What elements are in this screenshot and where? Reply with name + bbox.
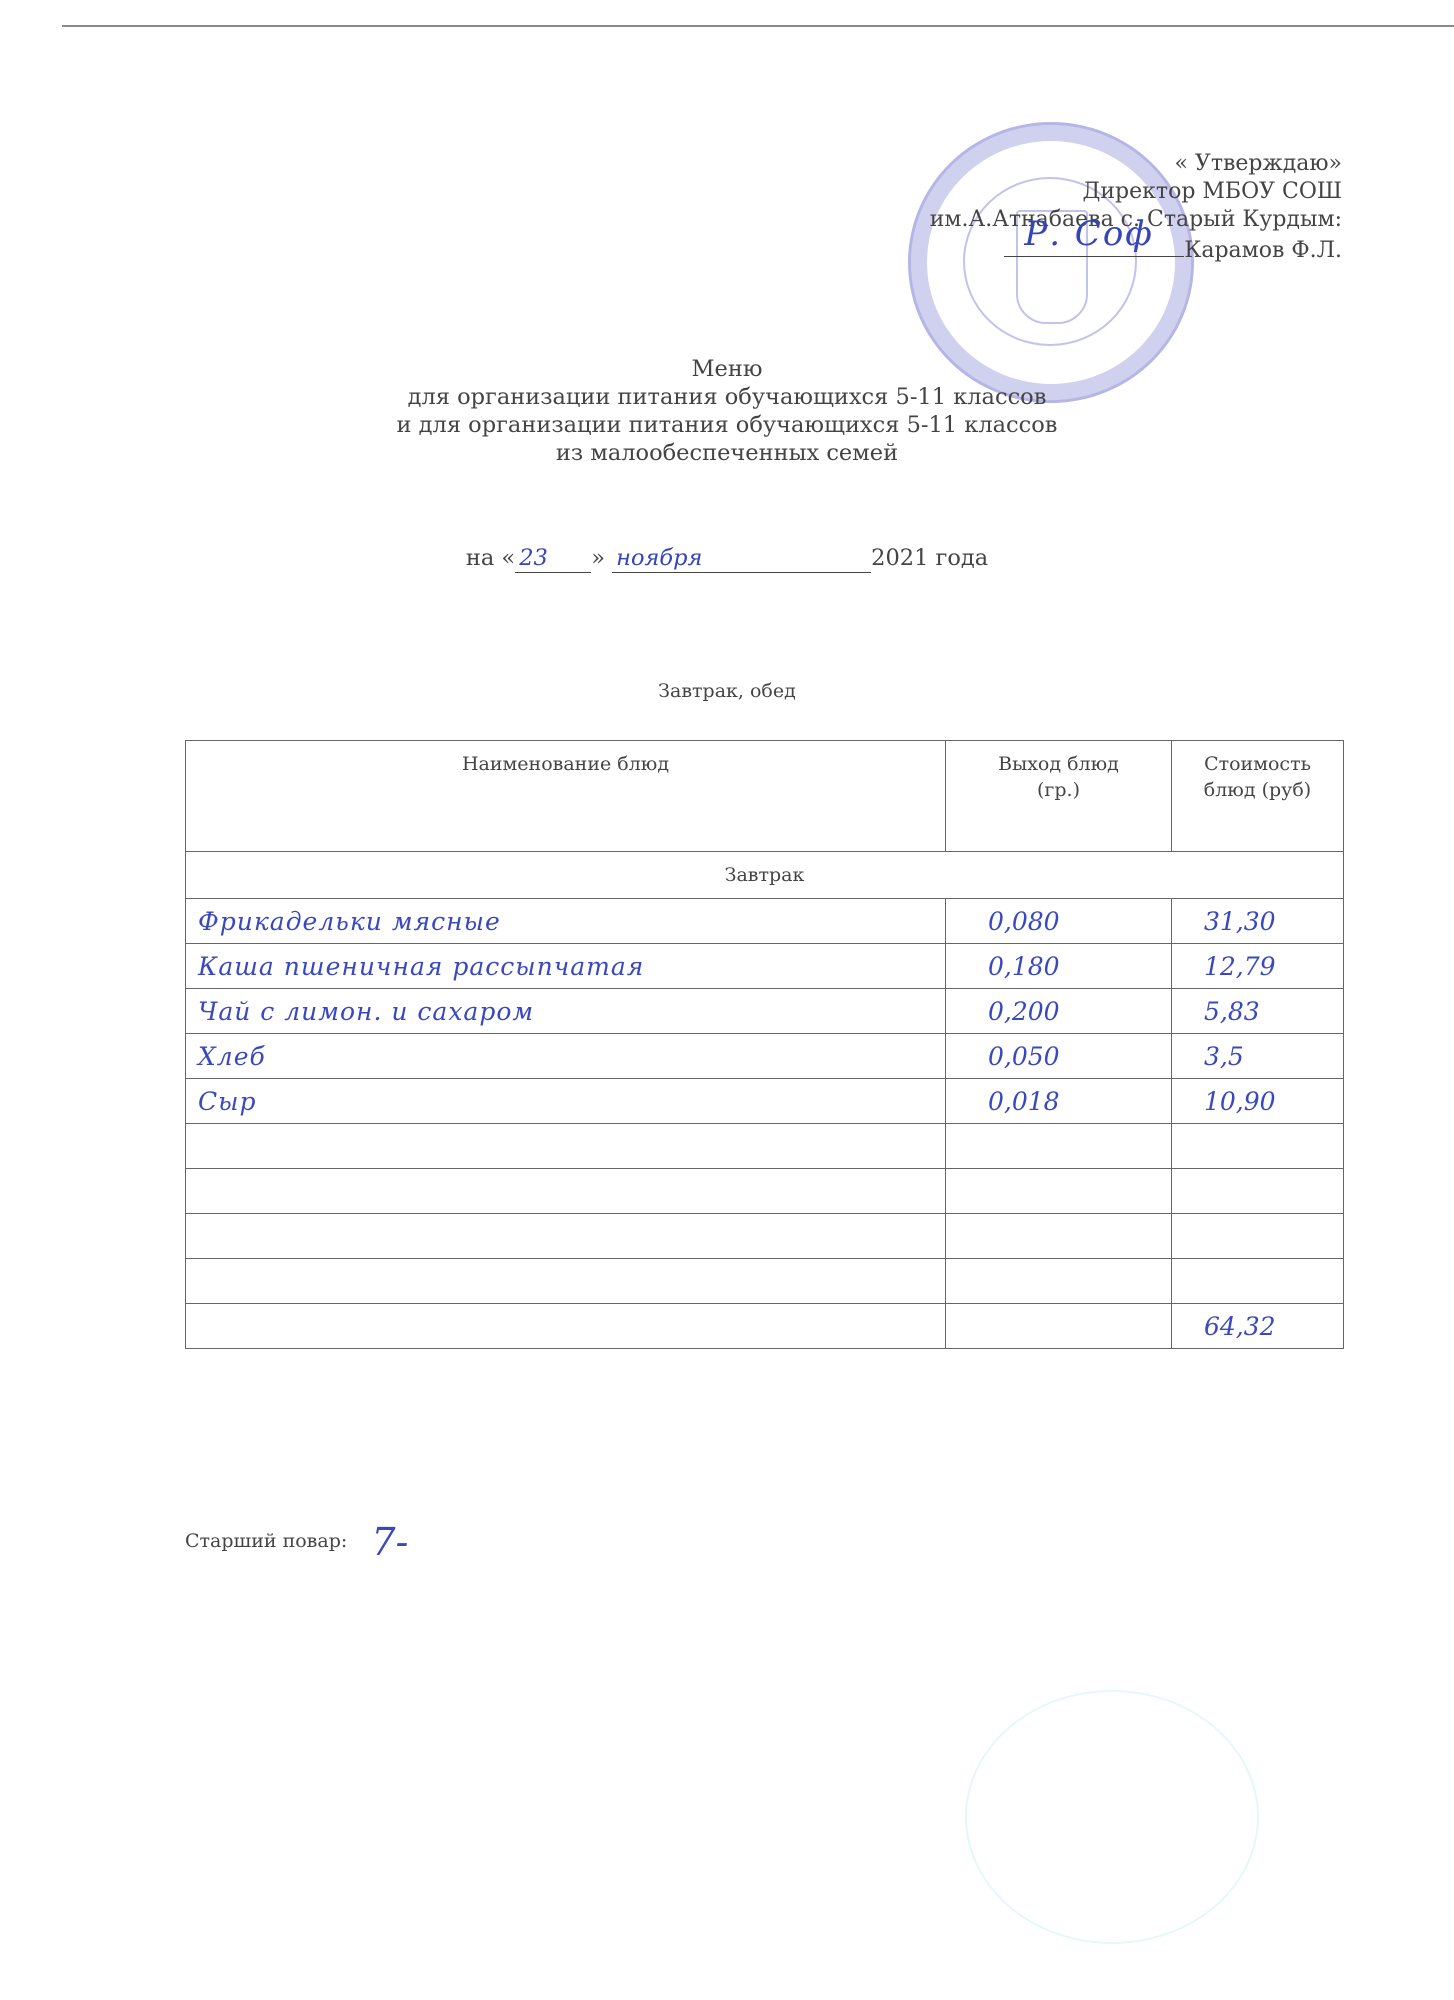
header-cost-text: Стоимость блюд (руб) [1203, 751, 1313, 803]
handwritten-yield: 0,200 [946, 997, 1060, 1026]
handwritten-name: Хлеб [186, 1042, 266, 1071]
cost-cell [1172, 1124, 1344, 1169]
dish-name-cell [186, 1214, 946, 1259]
handwritten-name [186, 1267, 198, 1296]
dish-name-cell: Чай с лимон. и сахаром [186, 989, 946, 1034]
title-line-2: для организации питания обучающихся 5-11… [0, 383, 1454, 411]
yield-cell [946, 1124, 1172, 1169]
approval-block: « Утверждаю» Директор МБОУ СОШ им.А.Атна… [930, 150, 1342, 265]
header-dish-name: Наименование блюд [186, 741, 946, 852]
cost-cell [1172, 1214, 1344, 1259]
handwritten-yield [946, 1132, 988, 1161]
handwritten-name: Фрикадельки мясные [186, 907, 501, 936]
cost-cell [1172, 1169, 1344, 1214]
handwritten-name [186, 1177, 198, 1206]
table-row: Фрикадельки мясные0,08031,30 [186, 899, 1344, 944]
menu-date: на «23» ноября2021 года [0, 545, 1454, 573]
handwritten-cost [1172, 1177, 1204, 1206]
handwritten-yield: 0,080 [946, 907, 1060, 936]
table-row [186, 1124, 1344, 1169]
dish-name-cell: Хлеб [186, 1034, 946, 1079]
total-cost-cell: 64,32 [1172, 1304, 1344, 1349]
date-month: ноября [612, 546, 871, 573]
table-row: Хлеб0,0503,5 [186, 1034, 1344, 1079]
handwritten-name: Сыр [186, 1087, 257, 1116]
signatory-line: Р. Соф Карамов Ф.Л. [930, 234, 1342, 265]
meal-caption: Завтрак, обед [0, 680, 1454, 702]
yield-cell: 0,180 [946, 944, 1172, 989]
yield-cell: 0,018 [946, 1079, 1172, 1124]
table-row: Каша пшеничная рассыпчатая0,18012,79 [186, 944, 1344, 989]
header-yield-text: Выход блюд (гр.) [994, 751, 1124, 803]
section-breakfast: Завтрак [186, 852, 1344, 899]
handwritten-name: Чай с лимон. и сахаром [186, 997, 534, 1026]
handwritten-cost: 3,5 [1172, 1042, 1244, 1071]
handwritten-cost [1172, 1267, 1204, 1296]
handwritten-yield [946, 1267, 988, 1296]
cost-cell: 31,30 [1172, 899, 1344, 944]
yield-cell: 0,200 [946, 989, 1172, 1034]
director-position: Директор МБОУ СОШ [930, 178, 1342, 206]
handwritten-cost: 10,90 [1172, 1087, 1276, 1116]
handwritten-cost [1172, 1132, 1204, 1161]
signature-line: Р. Соф [1004, 234, 1184, 257]
yield-cell: 0,080 [946, 899, 1172, 944]
dish-name-cell [186, 1259, 946, 1304]
signatory-name: Карамов Ф.Л. [1184, 238, 1342, 263]
dish-name-cell: Каша пшеничная рассыпчатая [186, 944, 946, 989]
handwritten-yield: 0,018 [946, 1087, 1060, 1116]
cost-cell: 10,90 [1172, 1079, 1344, 1124]
yield-cell: 0,050 [946, 1034, 1172, 1079]
date-suffix: 2021 года [871, 545, 988, 571]
cost-cell [1172, 1259, 1344, 1304]
section-row: Завтрак [186, 852, 1344, 899]
handwritten-yield: 0,050 [946, 1042, 1060, 1071]
table-row [186, 1169, 1344, 1214]
header-yield: Выход блюд (гр.) [946, 741, 1172, 852]
handwritten-yield: 0,180 [946, 952, 1060, 981]
handwritten-cost: 31,30 [1172, 907, 1276, 936]
handwritten-yield [946, 1222, 988, 1251]
top-rule [62, 25, 1454, 27]
table-row: Чай с лимон. и сахаром0,2005,83 [186, 989, 1344, 1034]
handwritten-cost: 12,79 [1172, 952, 1276, 981]
table-header-row: Наименование блюд Выход блюд (гр.) Стоим… [186, 741, 1344, 852]
document-title: Меню для организации питания обучающихся… [0, 355, 1454, 467]
header-cost: Стоимость блюд (руб) [1172, 741, 1344, 852]
menu-table: Наименование блюд Выход блюд (гр.) Стоим… [185, 740, 1344, 1349]
cost-cell: 5,83 [1172, 989, 1344, 1034]
handwritten-cost: 5,83 [1172, 997, 1260, 1026]
dish-name-cell [186, 1169, 946, 1214]
handwritten-cost [1172, 1222, 1204, 1251]
date-middle: » [591, 545, 605, 571]
handwritten-name [186, 1222, 198, 1251]
title-line-1: Меню [0, 355, 1454, 383]
table-row [186, 1214, 1344, 1259]
cook-label: Старший повар: [185, 1530, 347, 1552]
yield-cell [946, 1259, 1172, 1304]
dish-name-cell: Сыр [186, 1079, 946, 1124]
date-day: 23 [515, 546, 591, 573]
director-signature: Р. Соф [1024, 220, 1154, 248]
handwritten-name: Каша пшеничная рассыпчатая [186, 952, 644, 981]
cook-signature: 7- [371, 1520, 408, 1564]
approve-label: « Утверждаю» [930, 150, 1342, 178]
table-row [186, 1259, 1344, 1304]
handwritten-yield [946, 1177, 988, 1206]
yield-cell [946, 1169, 1172, 1214]
cost-cell: 12,79 [1172, 944, 1344, 989]
total-row: 64,32 [186, 1304, 1344, 1349]
total-cost: 64,32 [1172, 1312, 1276, 1341]
faint-stamp-bleedthrough [965, 1690, 1259, 1944]
cook-signature-block: Старший повар: 7- [185, 1520, 408, 1564]
dish-name-cell [186, 1124, 946, 1169]
title-line-3: и для организации питания обучающихся 5-… [0, 411, 1454, 439]
total-empty-yield [946, 1304, 1172, 1349]
dish-name-cell: Фрикадельки мясные [186, 899, 946, 944]
table-row: Сыр0,01810,90 [186, 1079, 1344, 1124]
handwritten-name [186, 1132, 198, 1161]
total-empty-name [186, 1304, 946, 1349]
cost-cell: 3,5 [1172, 1034, 1344, 1079]
date-prefix: на « [466, 545, 515, 571]
yield-cell [946, 1214, 1172, 1259]
title-line-4: из малообеспеченных семей [0, 439, 1454, 467]
